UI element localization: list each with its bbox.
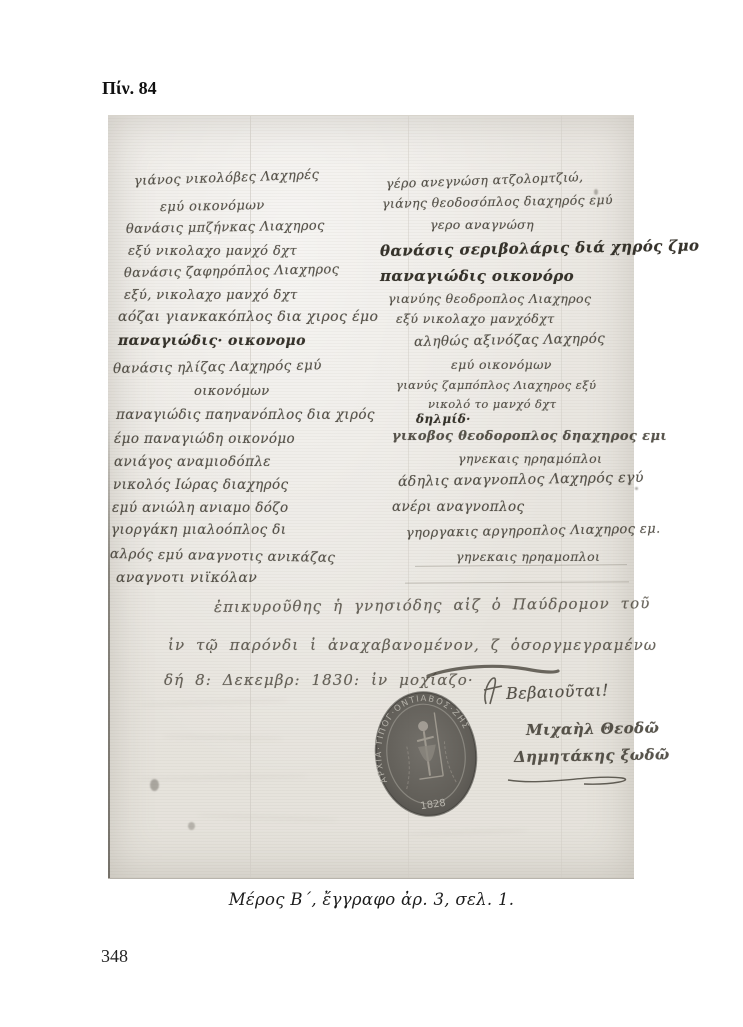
handwritten-line: ανιάγος αναμιοδόπλε <box>114 454 271 470</box>
handwritten-line: γέρο ανεγνώση ατζολομτζιώ, <box>386 169 584 191</box>
handwritten-line: γιοργάκη μιαλοόπλος δι <box>111 522 286 538</box>
figure-caption: Μέρος Β΄, ἔγγραφο ἀρ. 3, σελ. 1. <box>0 890 743 909</box>
pen-rule <box>415 564 627 567</box>
handwritten-line: ἐπικυροῦθης ἡ γνησιόδης αἰζ ὁ Παύδρομον … <box>214 594 651 616</box>
ink-speck <box>150 779 159 791</box>
pen-rule <box>405 581 629 583</box>
handwritten-line: εξύ νικολαχο μανχό δχτ <box>128 244 297 259</box>
attestation-line: Βεβαιοῦται! <box>506 680 609 703</box>
handwritten-line: νικολό το μανχό δχτ <box>428 397 556 411</box>
oval-seal: ΑΡΧΙΑ·ΤΙΠΟΓ·ΟΝΤΙΑΒΟΣ·ΖΗΣ 1828 <box>361 681 490 827</box>
signature-line: Μιχαὴλ Θεοδῶ <box>526 719 659 739</box>
signature-line: Δημητάκης ξωδῶ <box>514 745 670 766</box>
bleed-through-mark <box>163 735 283 740</box>
handwritten-line: γερο αναγνώση <box>430 217 534 232</box>
handwritten-line: γιάνος νικολόβες Λαχηρές <box>134 168 320 189</box>
handwritten-line: γηνεκαις ηρηαμόπλοι <box>458 451 602 466</box>
monogram-flourish <box>480 674 506 708</box>
handwritten-line: οικονόμων <box>194 384 270 399</box>
handwritten-line: θανάσις μπζήνκας Λιαχηρος <box>126 219 325 237</box>
handwritten-line: εξύ νικολαχο μανχόδχτ <box>396 311 555 326</box>
bleed-through-mark <box>138 775 308 781</box>
page-number: 348 <box>101 946 128 967</box>
handwritten-line: άδηλις αναγνοπλος Λαχηρός εγύ <box>398 470 644 490</box>
handwritten-line: εμύ οικονόμων <box>160 198 265 215</box>
handwritten-line: αόζαι γιανκακόπλος δια χιρος έμο <box>118 309 378 325</box>
handwritten-line: γιάνης θεοδοσόπλος διαχηρός εμύ <box>382 192 613 211</box>
handwritten-line: παναγιώδις οικονόρο <box>380 267 574 285</box>
handwritten-line: θανάσις σεριβολάρις διά χηρός ζμο <box>380 236 700 260</box>
ink-speck <box>188 822 195 830</box>
ink-speck <box>628 482 631 485</box>
handwritten-line: γικοβος θεοδοροπλος δηαχηρος εμι <box>392 429 667 444</box>
handwritten-line: αναγνοτι νιϊκόλαν <box>116 570 257 586</box>
handwritten-line: δηλμίδ· <box>416 412 471 426</box>
handwritten-line: θανάσις ζαφηρόπλος Λιαχηρος <box>124 262 340 281</box>
plate-label: Πίν. 84 <box>102 78 157 99</box>
handwritten-line: ανέρι αναγνοπλος <box>392 499 524 515</box>
bleed-through-mark <box>198 814 338 822</box>
handwritten-line: γηνεκαις ηρηαμοπλοι <box>456 549 600 564</box>
bleed-through-mark <box>138 698 288 706</box>
ink-speck <box>594 189 598 195</box>
handwritten-line: ἰν τῷ παρόνδι ἰ ἀναχαβανομένον, ζ ὁσοργμ… <box>168 636 657 654</box>
handwritten-line: έμο παναγιώδη οικονόμο <box>114 431 295 447</box>
handwritten-line: εμύ ανιώλη ανιαμο δόζο <box>112 500 289 516</box>
bleed-through-mark <box>408 829 528 836</box>
book-page: Πίν. 84 γιάνος νικολόβες Λαχηρές εμύ οικ… <box>0 0 743 1027</box>
handwritten-line: εξύ, νικολαχο μανχό δχτ <box>124 288 298 303</box>
handwritten-line: γιανύης θεοδροπλος Λιαχηρος <box>388 291 591 306</box>
manuscript-photo: γιάνος νικολόβες Λαχηρές εμύ οικονόμων θ… <box>108 115 634 879</box>
handwritten-line: γιανύς ζαμπόπλος Λιαχηρος εξύ <box>396 378 596 392</box>
photo-edge-shadow <box>108 406 110 878</box>
handwritten-line: γηοργακις αργηροπλος Λιαχηρος εμ. <box>406 522 661 541</box>
handwritten-line: παναγιώδις· οικονομο <box>118 333 306 349</box>
handwritten-line: νικολός Ιώρας διαχηρός <box>113 477 289 493</box>
handwritten-line: αληθώς αξινόζας Λαχηρός <box>414 331 605 350</box>
handwritten-line: εμύ οικονόμων <box>451 357 552 372</box>
signature-flourish <box>504 772 654 788</box>
handwritten-line: παναγιώδις παηνανόπλος δια χιρός <box>116 407 375 423</box>
ink-speck <box>635 487 638 490</box>
handwritten-line: θανάσις ηλίζας Λαχηρός εμύ <box>113 357 322 377</box>
handwritten-line: αλρός εμύ αναγνοτις ανικάζας <box>110 546 336 566</box>
